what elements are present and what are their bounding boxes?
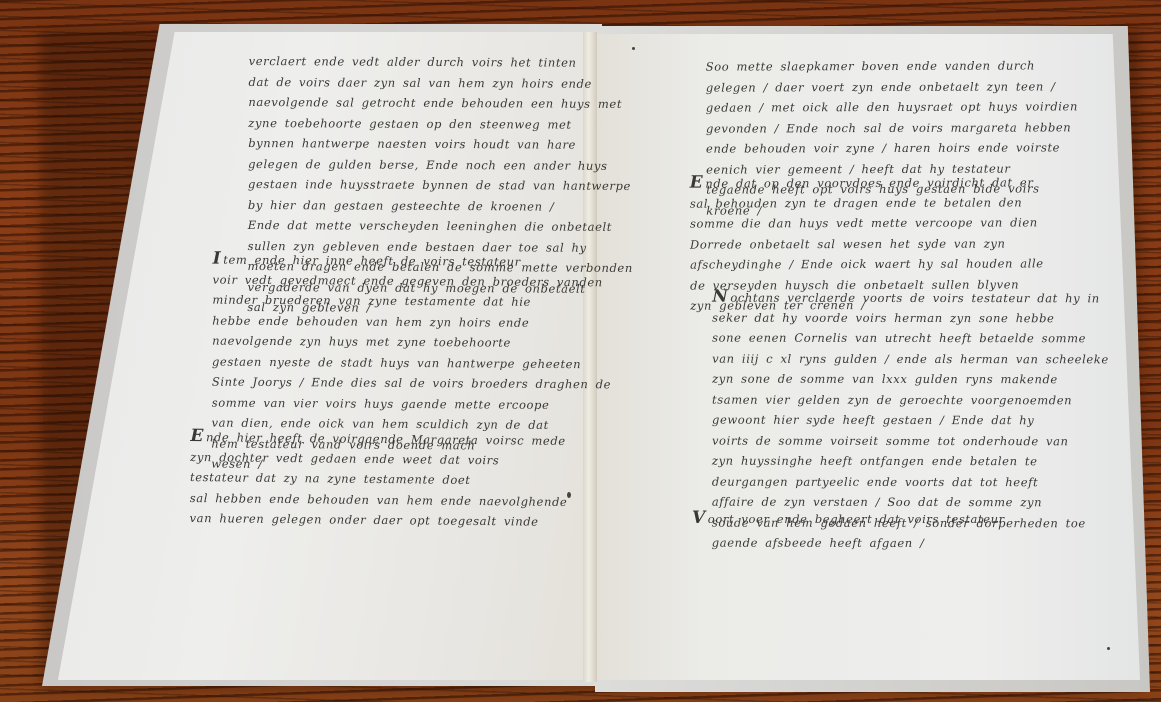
- text-line: gestaen nyeste de stadt huys van hantwer…: [212, 351, 611, 374]
- text-line: Soo mette slaepkamer boven ende vanden d…: [706, 55, 1078, 77]
- text-line: Ende dat op den voorvdoes ende voirdicht…: [690, 171, 1044, 193]
- initial-letter: V: [692, 508, 706, 528]
- text-line: sone eenen Cornelis van utrecht heeft be…: [712, 328, 1109, 349]
- text-line: van hueren gelegen onder daer opt toeges…: [189, 508, 567, 532]
- paper-speck: [567, 492, 571, 498]
- text-line: ende behouden voir zyne / haren hoirs en…: [706, 137, 1078, 159]
- photo-scene: verclaert ende vedt alder durch voirs he…: [0, 0, 1161, 702]
- text-line: bynnen hantwerpe naesten voirs houdt van…: [248, 133, 633, 156]
- text-line: gewoont hier syde heeft gestaen / Ende d…: [712, 410, 1109, 431]
- text-line: dat de voirs daer zyn sal van hem zyn ho…: [248, 71, 633, 94]
- text-line-content: oort voer ende begheert dat voirs testat…: [708, 512, 1005, 526]
- text-line: deurgangen partyeelic ende voorts dat to…: [712, 471, 1109, 492]
- text-line: Voort voer ende begheert dat voirs testa…: [692, 508, 1005, 529]
- text-line: by hier dan gestaen gesteechte de kroene…: [248, 194, 633, 217]
- text-line: voir vedt gevedmaect ende gegeven den br…: [213, 269, 612, 292]
- text-line: naevolgende zyn huys met zyne toebehoort…: [212, 331, 611, 354]
- text-line-content: nde dat op den voorvdoes ende voirdicht …: [705, 175, 1033, 190]
- text-line: somme van vier voirs huys gaende mette e…: [212, 392, 611, 415]
- text-line: afscheydinghe / Ende oick waert hy sal h…: [690, 253, 1044, 275]
- text-line: gedaen / met oick alle den huysraet opt …: [706, 96, 1078, 118]
- text-line: Item ende hier inne heeft de voirs testa…: [213, 249, 612, 272]
- text-line: naevolgende sal getrocht ende behouden e…: [248, 92, 633, 115]
- text-line: Nochtans verclaerde voorts de voirs test…: [712, 287, 1109, 308]
- text-line: verclaert ende vedt alder durch voirs he…: [249, 51, 634, 74]
- initial-letter: E: [190, 426, 204, 446]
- paper-speck: [1107, 647, 1110, 650]
- text-line: voirts de somme voirseit somme tot onder…: [712, 430, 1109, 451]
- text-line: zyn huyssinghe heeft ontfangen ende beta…: [712, 451, 1109, 472]
- initial-letter: N: [712, 287, 728, 307]
- text-line-content: tem ende hier inne heeft de voirs testat…: [223, 253, 521, 269]
- text-line-content: nde hier heeft de voirgaende Margareta v…: [206, 430, 566, 448]
- text-line: Dorrede onbetaelt sal wesen het syde van…: [690, 233, 1044, 255]
- left-paragraph-3: Ende hier heeft de voirgaende Margareta …: [189, 426, 568, 532]
- paper-speck: [632, 47, 635, 50]
- text-line: gaende afsbeede heeft afgaen /: [712, 533, 1109, 554]
- text-line-content: ochtans verclaerde voorts de voirs testa…: [730, 291, 1099, 306]
- text-line: van iiij c xl ryns gulden / ende als her…: [712, 348, 1109, 369]
- text-line: seker dat hy voorde voirs herman zyn son…: [712, 307, 1109, 328]
- text-line: gestaen inde huysstraete bynnen de stad …: [248, 174, 633, 197]
- text-line: Ende dat mette verscheyden leeninghen di…: [248, 215, 633, 238]
- text-line: minder bruederen van zyne testamente dat…: [212, 290, 611, 313]
- initial-letter: E: [690, 173, 704, 193]
- text-line: zyne toebehoorte gestaen op den steenweg…: [248, 112, 633, 135]
- text-line: gelegen / daer voert zyn ende onbetaelt …: [706, 76, 1078, 98]
- text-line: somme die dan huys vedt mette vercoope v…: [690, 212, 1044, 234]
- text-line: gelegen de gulden berse, Ende noch een a…: [248, 153, 633, 176]
- text-line: hebbe ende behouden van hem zyn hoirs en…: [212, 310, 611, 333]
- initial-letter: I: [213, 249, 222, 269]
- right-paragraph-4: Voort voer ende begheert dat voirs testa…: [692, 508, 1005, 529]
- text-line: zyn sone de somme van lxxx gulden ryns m…: [712, 369, 1109, 390]
- text-line: Sinte Joorys / Ende dies sal de voirs br…: [212, 372, 611, 395]
- text-line: tsamen vier gelden zyn de geroechte voor…: [712, 389, 1109, 410]
- text-line: gevonden / Ende noch sal de voirs margar…: [706, 117, 1078, 139]
- text-line: sal behouden zyn te dragen ende te betal…: [690, 192, 1044, 214]
